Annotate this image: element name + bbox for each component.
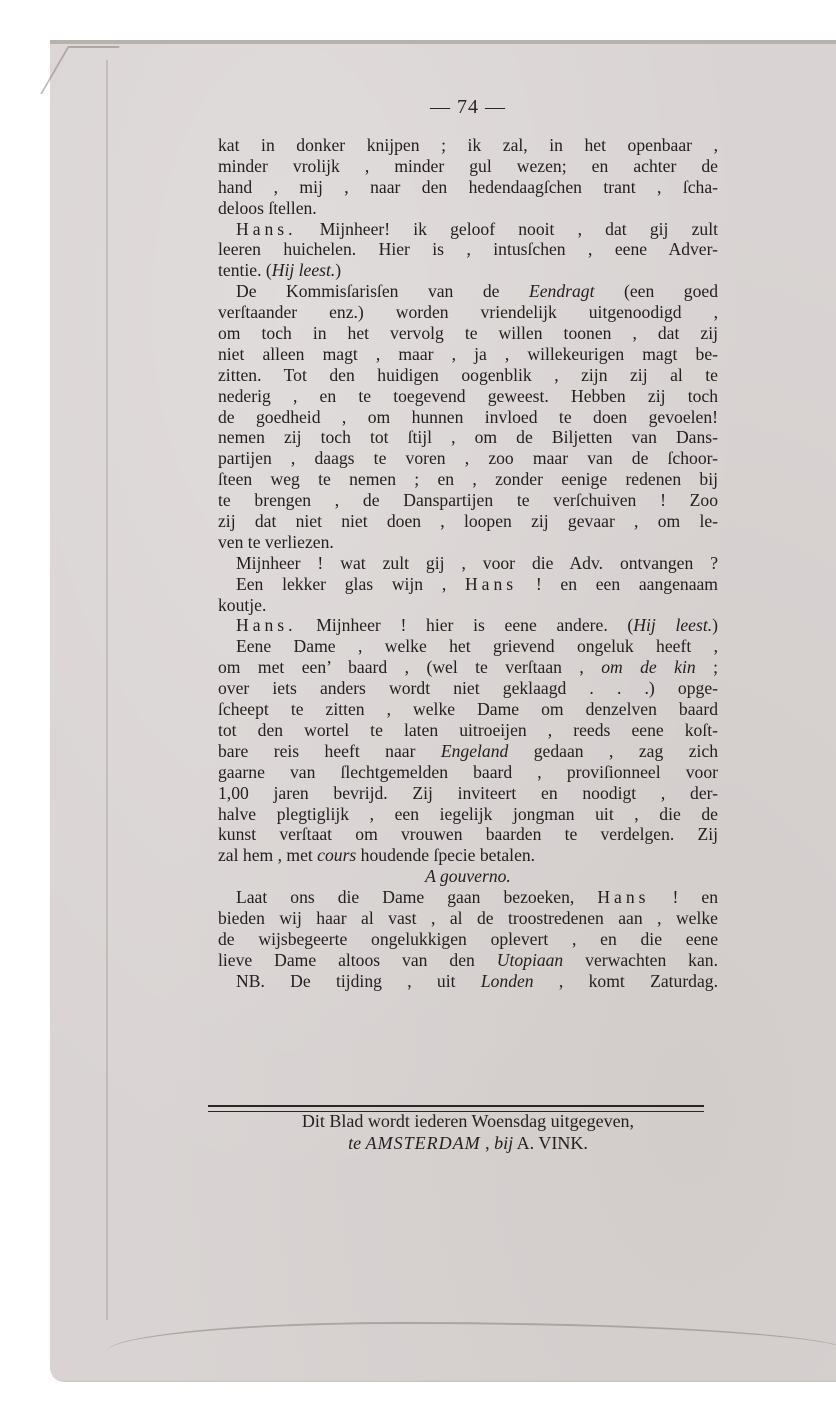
text-segment: verſtaander enz.) worden vriendelijk uit… — [218, 302, 718, 322]
text-segment: minder vrolijk , minder gul wezen; en ac… — [218, 156, 718, 176]
text-segment: Hans — [465, 574, 517, 594]
text-segment: tot den wortel te laten uitroeijen , ree… — [218, 720, 718, 740]
text-segment: tentie. ( — [218, 260, 272, 280]
text-line: ſcheept te zitten , welke Dame om denzel… — [218, 699, 718, 720]
text-segment: leeren huichelen. Hier is , intusſchen ,… — [218, 239, 718, 259]
text-segment: Eene Dame , welke het grievend ongeluk h… — [236, 636, 718, 656]
text-segment: partijen , daags te voren , zoo maar van… — [218, 448, 718, 468]
page-number: — 74 — — [218, 96, 718, 119]
text-segment: de goedheid , om hunnen invloed te doen … — [218, 407, 718, 427]
text-segment: Eendragt — [529, 281, 594, 301]
text-segment: Een lekker glas wijn , — [236, 574, 465, 594]
text-line: halve plegtiglijk , een iegelijk jongman… — [218, 804, 718, 825]
text-segment: ) — [335, 260, 341, 280]
text-line: tentie. (Hij leest.) — [218, 260, 718, 281]
text-line: over iets anders wordt niet geklaagd . .… — [218, 678, 718, 699]
text-line: koutje. — [218, 595, 718, 616]
body-text: kat in donker knijpen ; ik zal, in het o… — [218, 135, 718, 992]
text-segment: Utopiaan — [497, 950, 563, 970]
text-segment: Engeland — [441, 741, 508, 761]
text-line: zal hem , met cours houdende ſpecie beta… — [218, 845, 718, 866]
text-line: de goedheid , om hunnen invloed te doen … — [218, 407, 718, 428]
text-line: Hans. Mijnheer ! hier is eene andere. (H… — [218, 615, 718, 636]
text-segment: ; — [696, 657, 718, 677]
text-segment: houdende ſpecie betalen. — [356, 845, 535, 865]
text-segment: Hans. — [236, 219, 297, 239]
water-stain — [106, 1322, 836, 1352]
text-line: leeren huichelen. Hier is , intusſchen ,… — [218, 239, 718, 260]
text-segment: NB. De tijding , uit — [236, 971, 481, 991]
text-segment: De Kommisſarisſen van de — [236, 281, 529, 301]
text-line: zij dat niet niet doen , loopen zij geva… — [218, 511, 718, 532]
text-segment: de wijsbegeerte ongelukkigen oplevert , … — [218, 929, 718, 949]
text-segment: halve plegtiglijk , een iegelijk jongman… — [218, 804, 718, 824]
text-line: nemen zij toch tot ſtijl , om de Biljett… — [218, 427, 718, 448]
text-line: bieden wij haar al vast , al de troostre… — [218, 908, 718, 929]
text-segment: Hij leest. — [633, 615, 712, 635]
text-line: de wijsbegeerte ongelukkigen oplevert , … — [218, 929, 718, 950]
text-line: ſteen weg te nemen ; en , zonder eenige … — [218, 469, 718, 490]
text-segment: kunst verſtaat om vrouwen baarden te ver… — [218, 824, 718, 844]
text-line: gaarne van ſlechtgemelden baard , proviſ… — [218, 762, 718, 783]
text-segment: gaarne van ſlechtgemelden baard , proviſ… — [218, 762, 718, 782]
text-line: niet alleen magt , maar , ja , willekeur… — [218, 344, 718, 365]
imprint-bij: bij — [494, 1133, 513, 1153]
text-line: deloos ſtellen. — [218, 198, 718, 219]
text-segment: hand , mij , naar den hedendaagſchen tra… — [218, 177, 718, 197]
text-segment: A gouverno. — [425, 866, 511, 886]
text-segment: verwachten kan. — [563, 950, 718, 970]
text-line: hand , mij , naar den hedendaagſchen tra… — [218, 177, 718, 198]
text-segment: Londen — [481, 971, 534, 991]
text-segment: 1,00 jaren bevrijd. Zij inviteert en noo… — [218, 783, 718, 803]
text-line: om met een’ baard , (wel te verſtaan , o… — [218, 657, 718, 678]
text-segment: gedaan , zag zich — [508, 741, 718, 761]
text-segment: kat in donker knijpen ; ik zal, in het o… — [218, 135, 718, 155]
imprint-line-2: te AMSTERDAM , bij A. VINK. — [218, 1132, 718, 1154]
text-line: Hans. Mijnheer! ik geloof nooit , dat gi… — [218, 219, 718, 240]
text-segment: , komt Zaturdag. — [534, 971, 718, 991]
fold-line — [106, 60, 108, 1320]
text-segment: bieden wij haar al vast , al de troostre… — [218, 908, 718, 928]
text-segment: Laat ons die Dame gaan bezoeken, — [236, 887, 597, 907]
text-segment: om toch in het vervolg te willen toonen … — [218, 323, 718, 343]
text-line: Mijnheer ! wat zult gij , voor die Adv. … — [218, 553, 718, 574]
imprint: Dit Blad wordt iederen Woensdag uitgegev… — [218, 1110, 718, 1154]
text-segment: bare reis heeft naar — [218, 741, 441, 761]
imprint-te: te — [348, 1133, 366, 1153]
text-segment: ſteen weg te nemen ; en , zonder eenige … — [218, 469, 718, 489]
text-segment: te brengen , de Danspartijen te verſchui… — [218, 490, 718, 510]
text-line: Eene Dame , welke het grievend ongeluk h… — [218, 636, 718, 657]
page-edge — [50, 40, 836, 44]
text-line: De Kommisſarisſen van de Eendragt (een g… — [218, 281, 718, 302]
text-line: A gouverno. — [218, 866, 718, 887]
text-segment: Hans. — [236, 615, 297, 635]
text-segment: koutje. — [218, 595, 266, 615]
text-line: bare reis heeft naar Engeland gedaan , z… — [218, 741, 718, 762]
text-line: kunst verſtaat om vrouwen baarden te ver… — [218, 824, 718, 845]
text-line: Een lekker glas wijn , Hans ! en een aan… — [218, 574, 718, 595]
text-segment: Mijnheer! ik geloof nooit , dat gij zult — [297, 219, 718, 239]
text-segment: Hans — [597, 887, 649, 907]
text-segment: over iets anders wordt niet geklaagd . .… — [218, 678, 718, 698]
text-segment: (een goed — [594, 281, 718, 301]
text-segment: ! en — [650, 887, 719, 907]
text-segment: ſcheept te zitten , welke Dame om denzel… — [218, 699, 718, 719]
text-line: zitten. Tot den huidigen oogenblik , zij… — [218, 365, 718, 386]
text-segment: niet alleen magt , maar , ja , willekeur… — [218, 344, 718, 364]
text-line: partijen , daags te voren , zoo maar van… — [218, 448, 718, 469]
imprint-line-1: Dit Blad wordt iederen Woensdag uitgegev… — [218, 1110, 718, 1132]
text-segment: om met een’ baard , (wel te verſtaan , — [218, 657, 601, 677]
text-line: NB. De tijding , uit Londen , komt Zatur… — [218, 971, 718, 992]
text-line: minder vrolijk , minder gul wezen; en ac… — [218, 156, 718, 177]
text-segment: Hij leest. — [272, 260, 336, 280]
text-line: kat in donker knijpen ; ik zal, in het o… — [218, 135, 718, 156]
text-line: verſtaander enz.) worden vriendelijk uit… — [218, 302, 718, 323]
text-line: lieve Dame altoos van den Utopiaan verwa… — [218, 950, 718, 971]
text-segment: nemen zij toch tot ſtijl , om de Biljett… — [218, 427, 718, 447]
text-segment: cours — [317, 845, 356, 865]
text-line: tot den wortel te laten uitroeijen , ree… — [218, 720, 718, 741]
text-segment: lieve Dame altoos van den — [218, 950, 497, 970]
imprint-city: AMSTERDAM — [366, 1133, 481, 1153]
text-segment: ! en een aangenaam — [517, 574, 718, 594]
text-line: nederig , en te toegevend geweest. Hebbe… — [218, 386, 718, 407]
text-segment: zitten. Tot den huidigen oogenblik , zij… — [218, 365, 718, 385]
text-line: te brengen , de Danspartijen te verſchui… — [218, 490, 718, 511]
text-segment: deloos ſtellen. — [218, 198, 317, 218]
text-segment: nederig , en te toegevend geweest. Hebbe… — [218, 386, 718, 406]
imprint-publisher: A. VINK. — [513, 1133, 588, 1153]
text-segment: om de kin — [601, 657, 695, 677]
text-segment: Mijnheer ! wat zult gij , voor die Adv. … — [236, 553, 718, 573]
text-segment: Mijnheer ! hier is eene andere. ( — [297, 615, 634, 635]
text-segment: zij dat niet niet doen , loopen zij geva… — [218, 511, 718, 531]
text-segment: ven te verliezen. — [218, 532, 334, 552]
imprint-comma: , — [481, 1133, 495, 1153]
text-segment: ) — [712, 615, 718, 635]
text-line: Laat ons die Dame gaan bezoeken, Hans ! … — [218, 887, 718, 908]
text-line: om toch in het vervolg te willen toonen … — [218, 323, 718, 344]
text-line: ven te verliezen. — [218, 532, 718, 553]
text-segment: zal hem , met — [218, 845, 317, 865]
text-line: 1,00 jaren bevrijd. Zij inviteert en noo… — [218, 783, 718, 804]
